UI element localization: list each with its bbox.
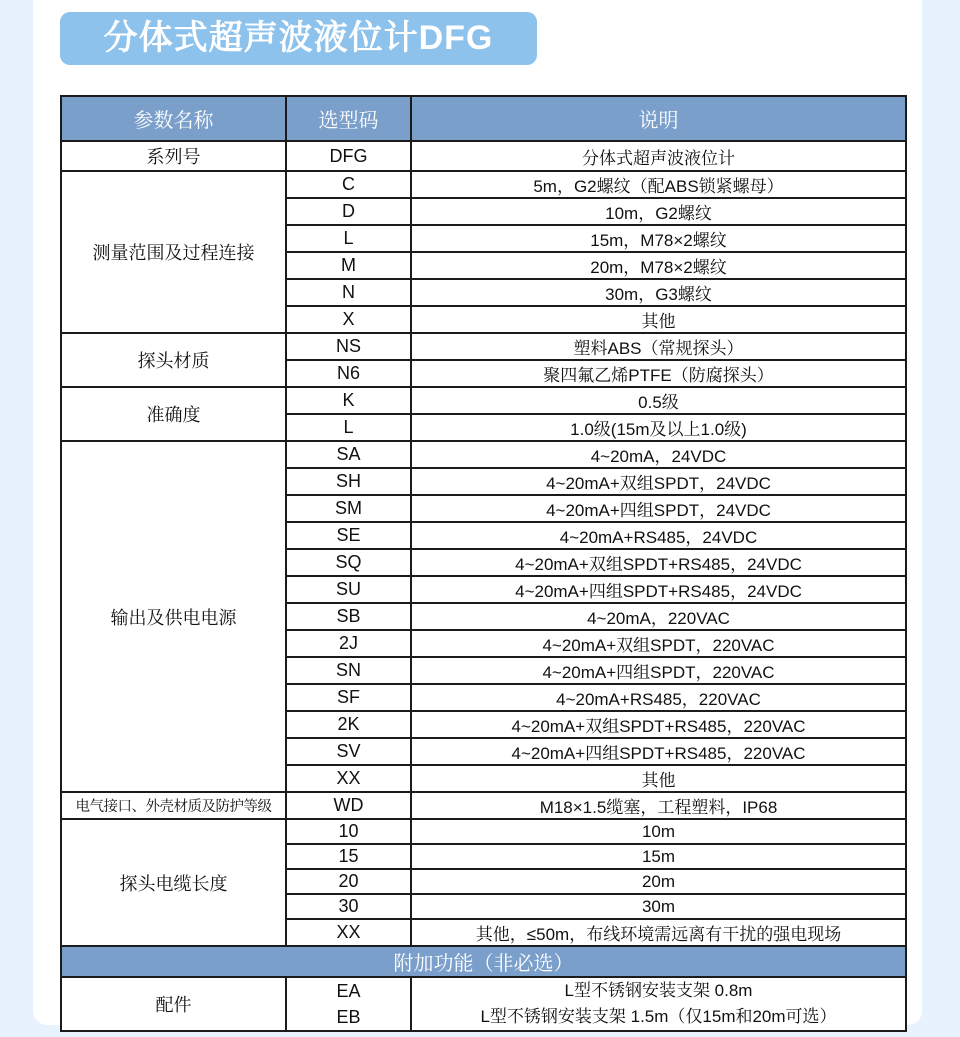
code-cell: SU bbox=[286, 576, 411, 603]
param-name-cell: 探头电缆长度 bbox=[61, 819, 286, 946]
code-cell: DFG bbox=[286, 141, 411, 171]
code-cell: XX bbox=[286, 765, 411, 792]
description-cell: 1.0级(15m及以上1.0级) bbox=[411, 414, 906, 441]
code-cell: 10 bbox=[286, 819, 411, 844]
description-cell: 15m bbox=[411, 844, 906, 869]
code-cell: X bbox=[286, 306, 411, 333]
description-cell: 4~20mA+四组SPDT，220VAC bbox=[411, 657, 906, 684]
description-cell: 4~20mA+双组SPDT+RS485，24VDC bbox=[411, 549, 906, 576]
code-cell: NS bbox=[286, 333, 411, 360]
description-line: L型不锈钢安装支架 1.5m（仅15m和20m可选） bbox=[412, 1004, 905, 1030]
table-row: 探头材质NS塑料ABS（常规探头） bbox=[61, 333, 906, 360]
code-cell: L bbox=[286, 414, 411, 441]
code-cell: M bbox=[286, 252, 411, 279]
param-name-cell: 配件 bbox=[61, 977, 286, 1031]
table-header: 参数名称 选型码 说明 bbox=[61, 96, 906, 141]
description-cell: 0.5级 bbox=[411, 387, 906, 414]
header-selection-code: 选型码 bbox=[286, 96, 411, 141]
param-name-cell: 准确度 bbox=[61, 387, 286, 441]
code-cell: N bbox=[286, 279, 411, 306]
description-cell: 4~20mA+双组SPDT，24VDC bbox=[411, 468, 906, 495]
description-cell: 10m，G2螺纹 bbox=[411, 198, 906, 225]
code-cell: WD bbox=[286, 792, 411, 819]
description-cell: 4~20mA+四组SPDT+RS485，24VDC bbox=[411, 576, 906, 603]
param-name-cell: 电气接口、外壳材质及防护等级 bbox=[61, 792, 286, 819]
code-cell: SM bbox=[286, 495, 411, 522]
code-cell: 30 bbox=[286, 894, 411, 919]
code-cell: SH bbox=[286, 468, 411, 495]
description-cell: 20m bbox=[411, 869, 906, 894]
code-cell: 20 bbox=[286, 869, 411, 894]
description-cell: 10m bbox=[411, 819, 906, 844]
code-cell: SF bbox=[286, 684, 411, 711]
code-line: EB bbox=[287, 1004, 410, 1030]
description-cell: M18×1.5缆塞，工程塑料，IP68 bbox=[411, 792, 906, 819]
code-cell: C bbox=[286, 171, 411, 198]
description-cell: L型不锈钢安装支架 0.8m L型不锈钢安装支架 1.5m（仅15m和20m可选… bbox=[411, 977, 906, 1031]
additional-functions-band: 附加功能（非必选） bbox=[61, 946, 906, 977]
spec-table: 参数名称 选型码 说明 系列号DFG分体式超声波液位计测量范围及过程连接C5m，… bbox=[60, 95, 907, 1032]
code-cell: SE bbox=[286, 522, 411, 549]
description-cell: 塑料ABS（常规探头） bbox=[411, 333, 906, 360]
additional-functions-body: 附加功能（非必选） 配件 EA EB L型不锈钢安装支架 0.8m L型不锈钢安… bbox=[61, 946, 906, 1031]
code-cell: SB bbox=[286, 603, 411, 630]
code-cell: SV bbox=[286, 738, 411, 765]
code-cell: SA bbox=[286, 441, 411, 468]
description-cell: 15m，M78×2螺纹 bbox=[411, 225, 906, 252]
header-param-name: 参数名称 bbox=[61, 96, 286, 141]
code-cell: 15 bbox=[286, 844, 411, 869]
code-cell: 2J bbox=[286, 630, 411, 657]
description-cell: 30m bbox=[411, 894, 906, 919]
description-cell: 其他，≤50m，布线环境需远离有干扰的强电现场 bbox=[411, 919, 906, 946]
description-cell: 其他 bbox=[411, 765, 906, 792]
description-cell: 4~20mA+四组SPDT，24VDC bbox=[411, 495, 906, 522]
param-name-cell: 系列号 bbox=[61, 141, 286, 171]
description-cell: 5m，G2螺纹（配ABS锁紧螺母） bbox=[411, 171, 906, 198]
code-cell: L bbox=[286, 225, 411, 252]
description-line: L型不锈钢安装支架 0.8m bbox=[412, 978, 905, 1004]
table-row: 准确度K0.5级 bbox=[61, 387, 906, 414]
code-cell: EA EB bbox=[286, 977, 411, 1031]
page-title: 分体式超声波液位计DFG bbox=[60, 12, 537, 65]
additional-functions-label: 附加功能（非必选） bbox=[61, 946, 906, 977]
code-cell: XX bbox=[286, 919, 411, 946]
param-name-cell: 测量范围及过程连接 bbox=[61, 171, 286, 333]
table-row: 测量范围及过程连接C5m，G2螺纹（配ABS锁紧螺母） bbox=[61, 171, 906, 198]
param-name-cell: 探头材质 bbox=[61, 333, 286, 387]
description-cell: 4~20mA+四组SPDT+RS485，220VAC bbox=[411, 738, 906, 765]
table-row: 系列号DFG分体式超声波液位计 bbox=[61, 141, 906, 171]
code-cell: N6 bbox=[286, 360, 411, 387]
description-cell: 4~20mA+RS485，220VAC bbox=[411, 684, 906, 711]
accessories-row: 配件 EA EB L型不锈钢安装支架 0.8m L型不锈钢安装支架 1.5m（仅… bbox=[61, 977, 906, 1031]
code-cell: 2K bbox=[286, 711, 411, 738]
description-cell: 分体式超声波液位计 bbox=[411, 141, 906, 171]
code-cell: SN bbox=[286, 657, 411, 684]
param-name-cell: 输出及供电电源 bbox=[61, 441, 286, 792]
description-cell: 4~20mA+双组SPDT，220VAC bbox=[411, 630, 906, 657]
description-cell: 4~20mA+双组SPDT+RS485，220VAC bbox=[411, 711, 906, 738]
description-cell: 其他 bbox=[411, 306, 906, 333]
description-cell: 4~20mA，220VAC bbox=[411, 603, 906, 630]
table-body: 系列号DFG分体式超声波液位计测量范围及过程连接C5m，G2螺纹（配ABS锁紧螺… bbox=[61, 141, 906, 946]
description-cell: 4~20mA+RS485，24VDC bbox=[411, 522, 906, 549]
description-cell: 聚四氟乙烯PTFE（防腐探头） bbox=[411, 360, 906, 387]
code-line: EA bbox=[287, 978, 410, 1004]
description-cell: 30m，G3螺纹 bbox=[411, 279, 906, 306]
description-cell: 4~20mA，24VDC bbox=[411, 441, 906, 468]
description-cell: 20m，M78×2螺纹 bbox=[411, 252, 906, 279]
table-row: 探头电缆长度1010m bbox=[61, 819, 906, 844]
table-row: 电气接口、外壳材质及防护等级WDM18×1.5缆塞，工程塑料，IP68 bbox=[61, 792, 906, 819]
table-row: 输出及供电电源SA4~20mA，24VDC bbox=[61, 441, 906, 468]
code-cell: SQ bbox=[286, 549, 411, 576]
code-cell: K bbox=[286, 387, 411, 414]
code-cell: D bbox=[286, 198, 411, 225]
header-description: 说明 bbox=[411, 96, 906, 141]
header-row: 参数名称 选型码 说明 bbox=[61, 96, 906, 141]
